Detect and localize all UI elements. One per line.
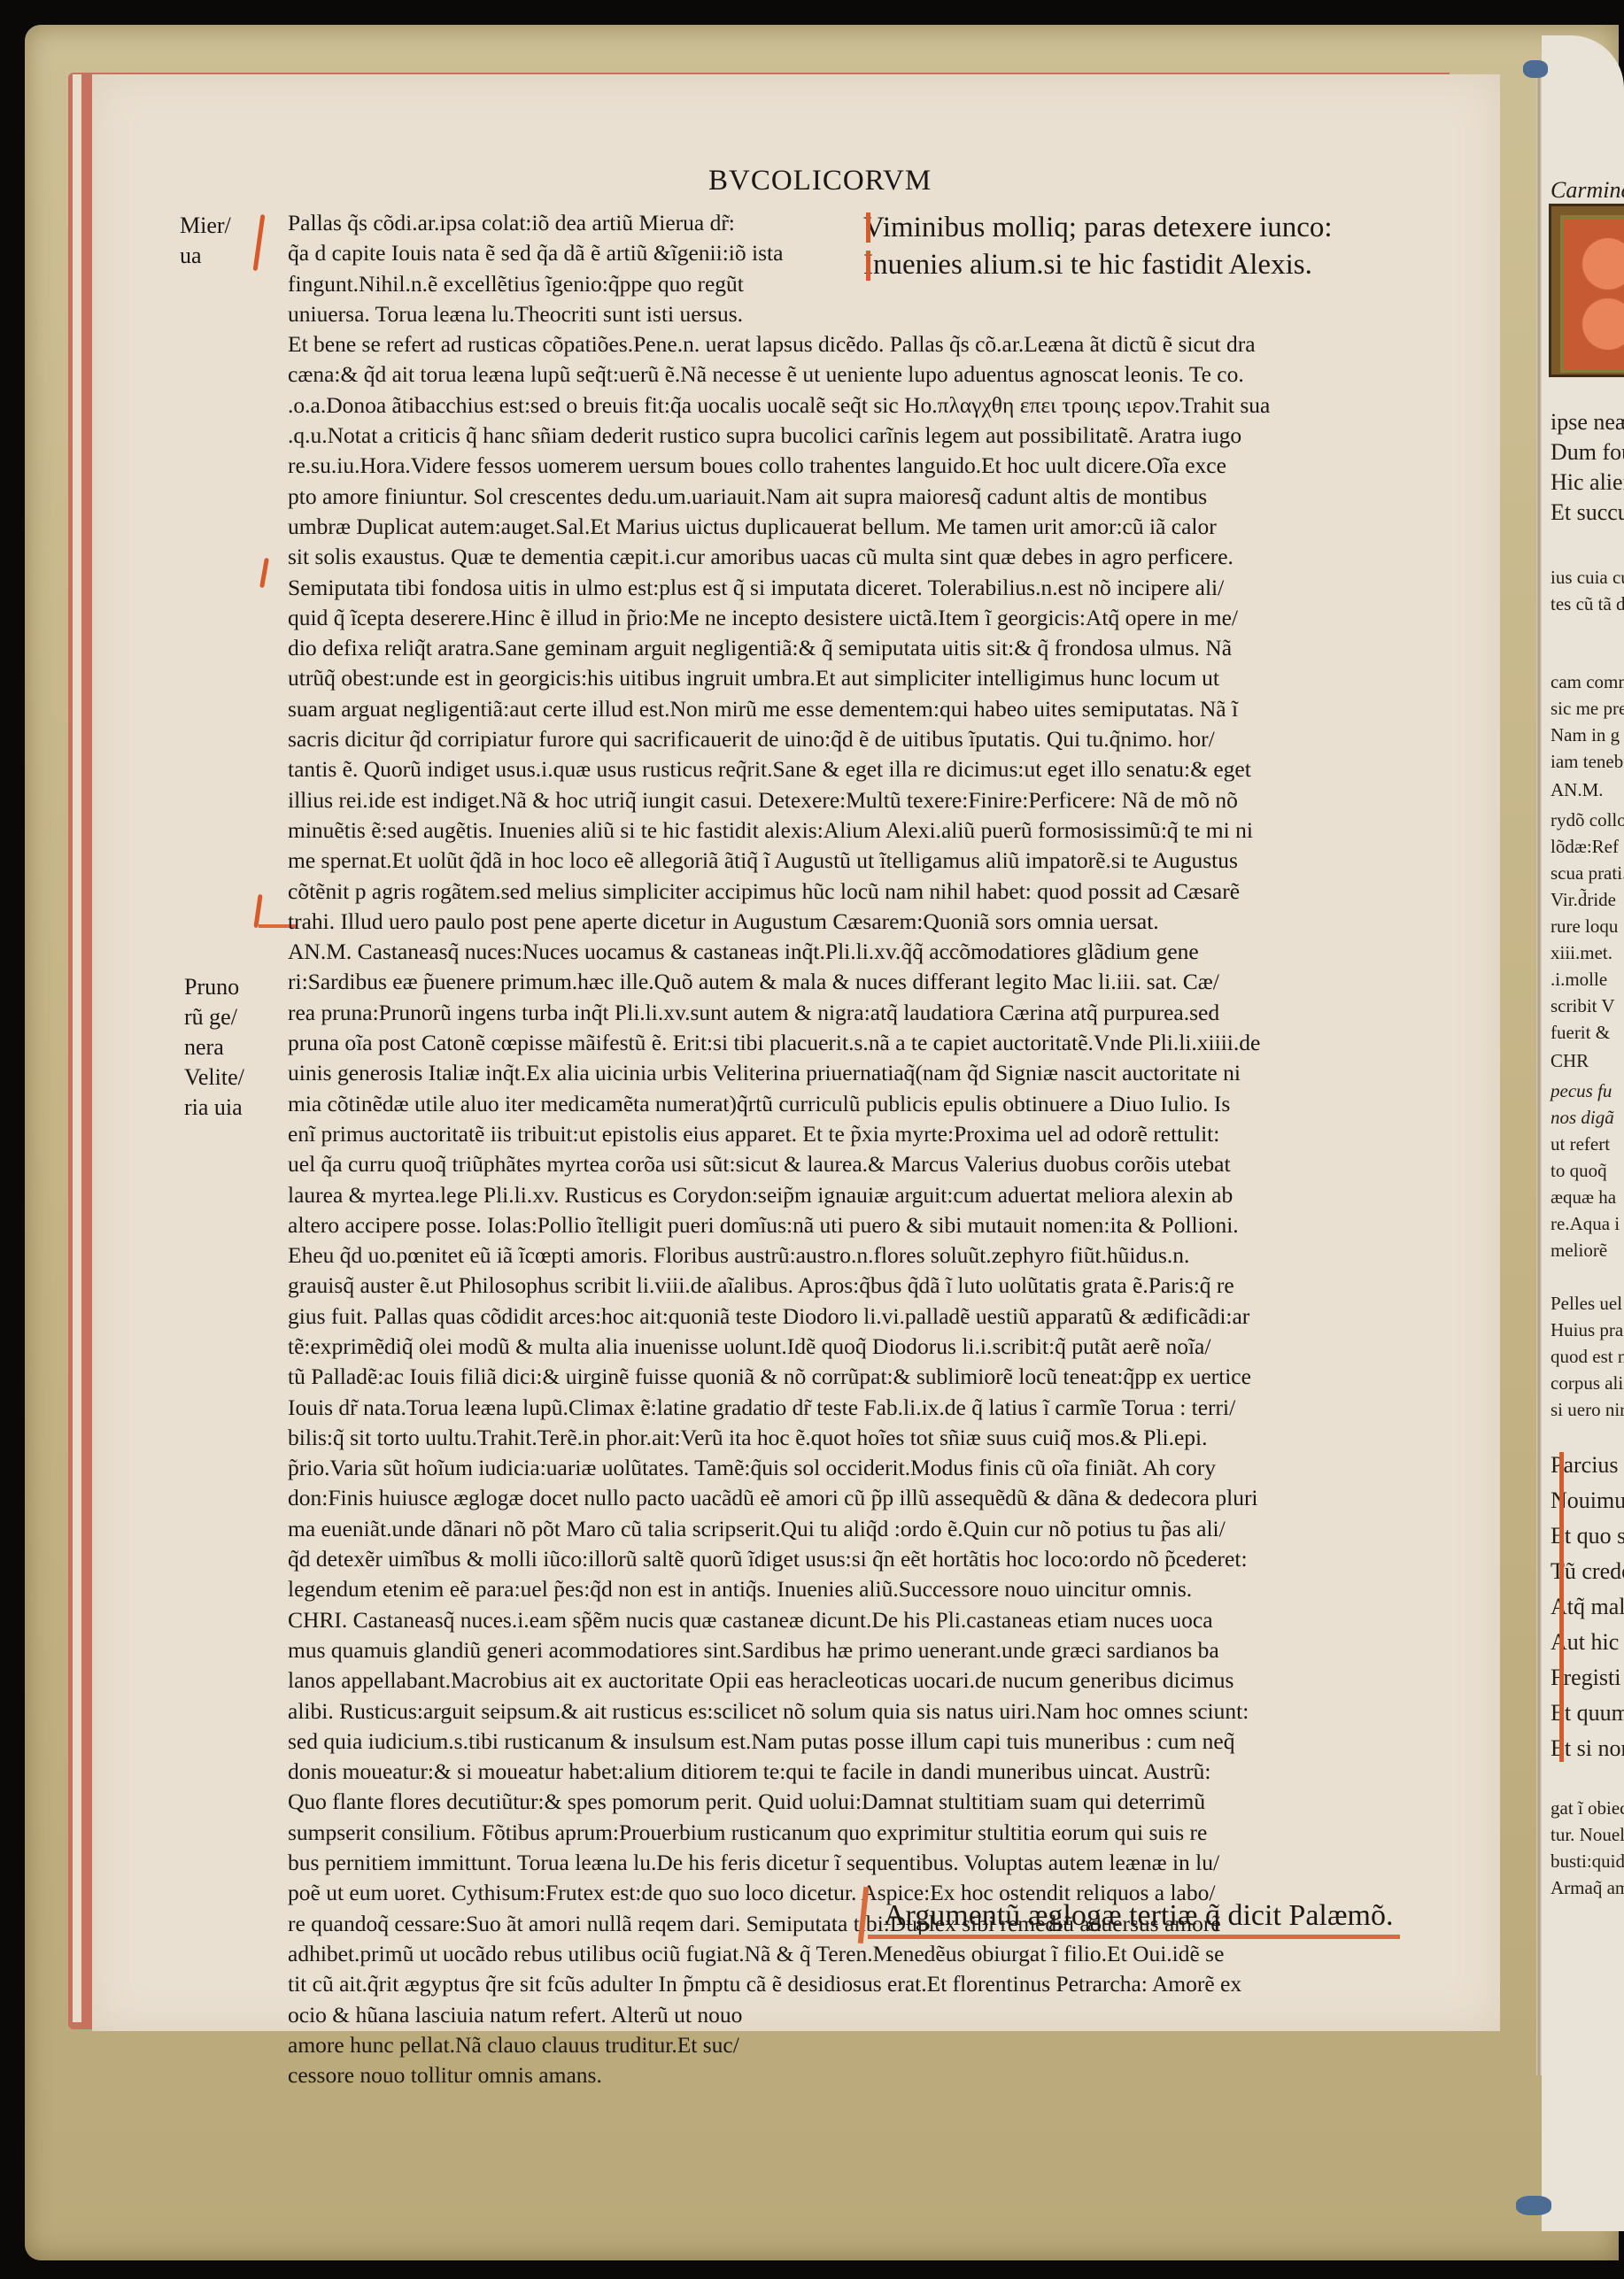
text-line: mus quamuis glandiũ generi acommodatiore… [288, 1635, 1439, 1665]
text-line: AN.M. Castaneasq̃ nuces:Nuces uocamus & … [288, 937, 1439, 967]
text-line: legendum etenim eẽ para:uel p̃es:q̃d non… [288, 1574, 1439, 1604]
facing-line: ius cuia cui [1551, 567, 1624, 589]
text-line: Et bene se refert ad rusticas cõpatiões.… [288, 329, 1439, 359]
text-line: uinis generosis Italiæ inq̃t.Ex alia uic… [288, 1058, 1439, 1088]
facing-line: rydõ collo [1551, 809, 1624, 831]
text-line: cæna:& q̃d ait torua leæna lupũ seq̃t:ue… [288, 359, 1439, 390]
text-line: pruna oĩa post Catonẽ cœpisse mãifestũ ẽ… [288, 1028, 1439, 1058]
text-line: bus pernitiem immittunt. Torua leæna lu.… [288, 1848, 1439, 1878]
text-line: altero accipere posse. Iolas:Pollio ĩtel… [288, 1210, 1439, 1240]
facing-line: to quoq̃ [1551, 1160, 1607, 1182]
text-line: lanos appellabant.Macrobius ait ex aucto… [288, 1665, 1439, 1696]
facing-line: lõdæ:Ref [1551, 836, 1619, 858]
text-line: amore hunc pellat.Nã clauo clauus trudit… [288, 2030, 1439, 2060]
text-line: ma eueniãt.unde dãnari nõ põt Maro cũ ta… [288, 1514, 1439, 1544]
facing-line: Vir.d̃ride [1551, 889, 1616, 911]
text-line: enĩ primus auctoritatẽ iis tribuit:ut ep… [288, 1119, 1439, 1149]
text-line: cõtẽnit p agris rogãtem.sed melius simpl… [288, 877, 1439, 907]
text-line: cessore nouo tollitur omnis amans. [288, 2060, 1439, 2090]
text-line: q̃d detexẽr uimĩbus & molli iũco:illorũ … [288, 1544, 1439, 1574]
text-line: pto amore finiuntur. Sol crescentes dedu… [288, 482, 1439, 512]
facing-line: xiii.met. [1551, 942, 1612, 964]
marginal-line: Mier/ [180, 211, 231, 241]
facing-line: .i.molle [1551, 969, 1607, 991]
text-line: adhibet.primũ ut uocãdo rebus utilibus o… [288, 1939, 1439, 1969]
facing-line: ut refert [1551, 1133, 1610, 1155]
facing-line: rure loqu [1551, 915, 1618, 938]
text-line: mia cõtinẽdæ utile aluo iter medicamẽta … [288, 1089, 1439, 1119]
text-line: fingunt.Nihil.n.ẽ excellẽtius ĩgenio:q̃p… [288, 269, 1439, 299]
text-line: tũ Palladẽ:ac Iouis filiã dici:& uirginẽ… [288, 1362, 1439, 1392]
text-line: minuẽtis ẽ:sed augẽtis. Inuenies aliũ si… [288, 815, 1439, 846]
facing-line: CHR [1551, 1050, 1589, 1072]
facing-line: Et succus [1551, 499, 1624, 526]
facing-line: re.Aqua i [1551, 1213, 1620, 1235]
marginal-line: ria uia [184, 1093, 244, 1123]
page-edge [73, 74, 81, 2022]
marginal-line: nera [184, 1032, 244, 1062]
text-line: Eheu q̃d uo.pœnitet eũ iã ĩcœpti amoris.… [288, 1240, 1439, 1271]
facing-line: tes cũ tã diu [1551, 593, 1624, 615]
commentary-text: Pallas q̃s cõdi.ar.ipsa colat:iõ dea art… [288, 208, 1439, 2090]
text-line: bilis:q̃ sit torto uultu.Trahit.Terẽ.in … [288, 1423, 1439, 1453]
text-line: q̃a d capite Iouis nata ẽ sed q̃a dã ẽ a… [288, 238, 1439, 268]
text-line: trahi. Illud uero paulo post pene aperte… [288, 907, 1439, 937]
text-line: grauisq̃ auster ẽ.ut Philosophus scribit… [288, 1271, 1439, 1301]
text-line: tit cũ ait.q̃rit ægyptus q̃re sit fcũs a… [288, 1969, 1439, 1999]
facing-line: tur. Nouel [1551, 1824, 1624, 1846]
text-line: tẽ:exprimẽdiq̃ olei modũ & multa alia in… [288, 1332, 1439, 1362]
facing-line: scua prati. [1551, 862, 1624, 885]
text-line: alibi. Rusticus:arguit seipsum.& ait rus… [288, 1696, 1439, 1727]
facing-line: scribit V [1551, 995, 1615, 1017]
text-line: donis moueatur:& si moueatur habet:alium… [288, 1757, 1439, 1787]
facing-line: cam comm [1551, 671, 1624, 693]
facing-line: si uero nir [1551, 1399, 1624, 1421]
facing-line: busti:quid [1551, 1850, 1624, 1873]
text-line: uniuersa. Torua leæna lu.Theocriti sunt … [288, 299, 1439, 329]
text-line: CHRI. Castaneasq̃ nuces.i.eam sp̃ẽm nuci… [288, 1605, 1439, 1635]
running-head: BVCOLICORVM [708, 165, 932, 197]
text-line: tantis ẽ. Quorũ indiget usus.i.quæ usus … [288, 754, 1439, 784]
facing-line: meliorẽ [1551, 1240, 1607, 1262]
marginal-line: ua [180, 241, 231, 271]
text-line: me spernat.Et uolũt q̃dã in hoc loco eẽ … [288, 846, 1439, 876]
marginal-note-pruna: Pruno rũ ge/ nera Velite/ ria uia [184, 972, 244, 1123]
marginal-line: Velite/ [184, 1062, 244, 1093]
facing-line: Carmine [1551, 177, 1624, 204]
rubric-stroke [1559, 1452, 1564, 1762]
text-line: don:Finis huiusce æglogæ docet nullo pac… [288, 1483, 1439, 1513]
text-line: sit solis exaustus. Quæ te dementia cæpi… [288, 542, 1439, 572]
facing-line: Nam in g [1551, 724, 1620, 746]
text-line: dio defixa reliq̃t aratra.Sane geminam a… [288, 633, 1439, 663]
sewing-thread [1523, 60, 1548, 78]
marginal-line: Pruno [184, 972, 244, 1002]
facing-page: Carmine Vincit a ipse neæra Dum fou Hic … [1542, 35, 1624, 2231]
section-heading: Argumentũ æglogæ tertiæ q̃ dicit Palæmõ. [868, 1899, 1400, 1939]
text-line: sed quia iudicium.s.tibi rusticanum & in… [288, 1727, 1439, 1757]
text-line: re.su.iu.Hora.Videre fessos uomerem uers… [288, 451, 1439, 481]
facing-line: Pelles uel [1551, 1293, 1622, 1315]
initial-decoration [1560, 215, 1624, 373]
text-line: Iouis dr̃ nata.Torua leæna lupũ.Climax ẽ… [288, 1393, 1439, 1423]
facing-line: nos digã [1551, 1107, 1614, 1129]
text-line: quid q̃ ĩcepta deserere.Hinc ẽ illud in … [288, 603, 1439, 633]
text-line: ocio & hũana lasciuia natum refert. Alte… [288, 2000, 1439, 2030]
text-line: uel q̃a curru quoq̃ triũphãtes myrtea co… [288, 1149, 1439, 1179]
text-line: sacris dicitur q̃d corripiatur furore qu… [288, 724, 1439, 754]
text-line: Pallas q̃s cõdi.ar.ipsa colat:iõ dea art… [288, 208, 1439, 238]
text-line: p̃rio.Varia sũt hoĩum iudicia:uariæ uolũ… [288, 1453, 1439, 1483]
text-line: sumpserit consilium. Fõtibus aprum:Proue… [288, 1818, 1439, 1848]
facing-line: corpus ali [1551, 1372, 1623, 1394]
facing-line: Dum fou [1551, 439, 1624, 466]
facing-line: iam tenebr [1551, 751, 1624, 773]
sewing-thread [1516, 2196, 1551, 2215]
text-line: utrũq̃ obest:unde est in georgicis:his u… [288, 663, 1439, 693]
text-line: illius rei.ide est indiget.Nã & hoc utri… [288, 785, 1439, 815]
facing-line: AN.M. [1551, 779, 1604, 801]
facing-line: quod est n [1551, 1346, 1624, 1368]
text-line: suam arguat negligentiã:aut certe illud … [288, 694, 1439, 724]
text-line: .q.u.Notat a criticis q̃ hanc sñiam dede… [288, 421, 1439, 451]
text-line: Semiputata tibi fondosa uitis in ulmo es… [288, 573, 1439, 603]
facing-line: Armaq̃ am [1551, 1877, 1624, 1899]
facing-line: gat ĩ obiecti [1551, 1797, 1624, 1819]
text-line: umbræ Duplicat autem:auget.Sal.Et Marius… [288, 512, 1439, 542]
facing-line: ipse neæra [1551, 409, 1624, 436]
marginal-line: rũ ge/ [184, 1002, 244, 1032]
text-line: Quo flante flores decutiũtur:& spes pomo… [288, 1787, 1439, 1817]
text-line: gius fuit. Pallas quas cõdidit arces:hoc… [288, 1302, 1439, 1332]
text-line: laurea & myrtea.lege Pli.li.xv. Rusticus… [288, 1180, 1439, 1210]
facing-line: Hic alienu [1551, 469, 1624, 496]
facing-line: sic me pref [1551, 698, 1624, 720]
facing-line: fuerit & [1551, 1022, 1610, 1044]
facing-line: pecus fu [1551, 1080, 1612, 1102]
text-line: .o.a.Donoa ãtibacchius est:sed o breuis … [288, 390, 1439, 421]
marginal-note-minerva: Mier/ ua [180, 211, 231, 271]
text-line: ri:Sardibus eæ p̃uenere primum.hæc ille.… [288, 967, 1439, 997]
text-line: rea pruna:Prunorũ ingens turba inq̃t Pli… [288, 998, 1439, 1028]
facing-line: Huius pra [1551, 1319, 1623, 1341]
section-heading-text: Argumentũ æglogæ tertiæ q̃ dicit Palæmõ. [884, 1899, 1393, 1932]
facing-line: æquæ ha [1551, 1186, 1616, 1209]
illuminated-initial [1549, 204, 1624, 377]
